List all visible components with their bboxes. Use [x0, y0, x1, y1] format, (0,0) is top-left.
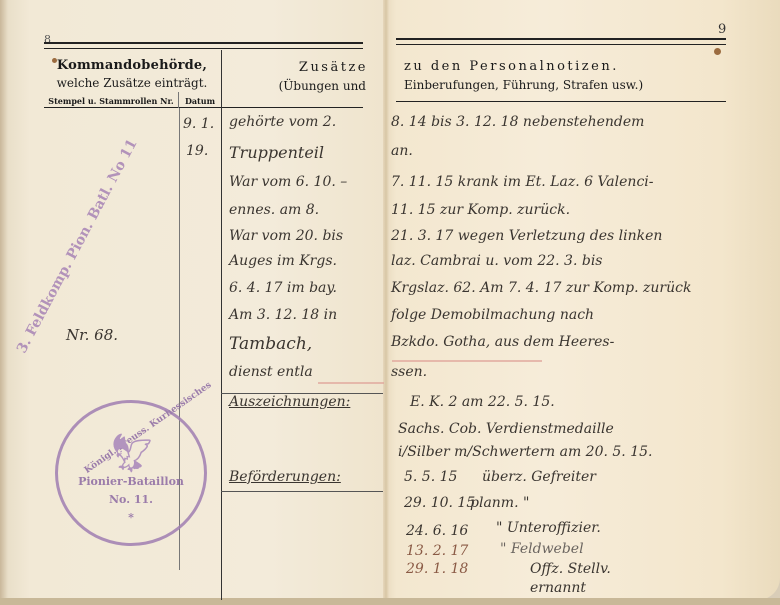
ink-stain	[714, 48, 721, 55]
stamp-battalion-name: Pionier-Bataillon	[58, 475, 204, 488]
entry-line-right: folge Demobilmachung nach	[391, 307, 594, 323]
header-einberufungen: Einberufungen, Führung, Strafen usw.)	[404, 78, 643, 92]
promotions-label: Beförderungen:	[229, 469, 341, 485]
entry-line-left: dienst entla	[229, 364, 313, 380]
entry-line-left: War vom 20. bis	[229, 228, 343, 244]
promotion-date: 5. 5. 15	[404, 469, 457, 485]
header-personalnotizen: zu den Personalnotizen.	[404, 59, 619, 74]
promotions-divider	[221, 491, 383, 492]
header-kommandobehoerde: Kommandobehörde,	[44, 58, 220, 73]
promotion-rank: Offz. Stellv.	[530, 561, 611, 577]
entry-line-left: Tambach,	[229, 334, 312, 354]
header-datum-label: Datum	[180, 96, 220, 106]
awards-label: Auszeichnungen:	[229, 394, 350, 410]
header-zusaetze: Zusätze	[296, 60, 368, 75]
promotion-rank: ernannt	[530, 580, 586, 596]
stamp-battalion-number: No. 11.	[58, 493, 204, 506]
entry-line-right: laz. Cambrai u. vom 22. 3. bis	[391, 253, 603, 269]
red-pencil-underline	[318, 382, 384, 384]
stammrolle-number: Nr. 68.	[66, 326, 118, 344]
promotion-rank: " Feldwebel	[500, 541, 584, 557]
header-left-subtitle: welche Zusätze einträgt.	[44, 76, 220, 90]
entry-line-right: Bzkdo. Gotha, aus dem Heeres-	[391, 334, 614, 350]
promotion-rank: planm. "	[470, 495, 529, 511]
header-bottom-rule-left	[44, 107, 363, 108]
entry-date-year: 19.	[186, 143, 208, 159]
entry-line-right: 8. 14 bis 3. 12. 18 nebenstehendem	[391, 114, 644, 130]
entry-line-right: 11. 15 zur Komp. zurück.	[391, 202, 570, 218]
entry-line-left: Truppenteil	[229, 143, 324, 162]
header-stempel-label: Stempel u. Stammrollen Nr.	[44, 96, 178, 106]
book-gutter	[383, 0, 389, 600]
column-divider-main	[221, 50, 222, 600]
prussian-eagle-icon: 🦅︎	[108, 431, 152, 475]
header-bottom-rule-right	[396, 101, 726, 102]
entry-line-left: 6. 4. 17 im bay.	[229, 280, 337, 296]
ink-stain	[52, 58, 57, 63]
promotion-date: 13. 2. 17	[406, 543, 468, 559]
entry-line-right: an.	[391, 143, 413, 159]
right-page-number: 9	[718, 22, 726, 37]
entry-line-right: 21. 3. 17 wegen Verletzung des linken	[391, 228, 662, 244]
header-uebungen: (Übungen und	[260, 79, 366, 93]
entry-line-right: Krgslaz. 62. Am 7. 4. 17 zur Komp. zurüc…	[391, 280, 691, 296]
header-datum-divider	[178, 92, 179, 108]
award-item: Sachs. Cob. Verdienstmedaille	[398, 421, 614, 437]
entry-line-right: 7. 11. 15 krank im Et. Laz. 6 Valenci-	[391, 174, 654, 190]
award-item: E. K. 2 am 22. 5. 15.	[410, 394, 555, 410]
stamp-star-icon: *	[58, 511, 204, 524]
entry-date-daymonth: 9. 1.	[183, 116, 214, 132]
entry-line-left: ennes. am 8.	[229, 202, 319, 218]
entry-line-left: Am 3. 12. 18 in	[229, 307, 337, 323]
header-top-rule-right	[396, 38, 726, 45]
red-pencil-underline	[392, 360, 542, 362]
promotion-rank: überz. Gefreiter	[482, 469, 596, 485]
promotion-date: 24. 6. 16	[406, 523, 468, 539]
entry-line-right: ssen.	[391, 364, 427, 380]
passbook-spread: 8 9 Kommandobehörde, welche Zusätze eint…	[0, 0, 780, 605]
header-top-rule-left	[44, 42, 363, 49]
promotion-date: 29. 10. 15	[404, 495, 475, 511]
entry-line-left: Auges im Krgs.	[229, 253, 337, 269]
promotion-rank: " Unteroffizier.	[496, 520, 601, 536]
battalion-round-stamp: Königl. Preuss. Kurhessisches 🦅︎ Pionier…	[55, 400, 207, 546]
entry-line-left: gehörte vom 2.	[229, 114, 336, 130]
page-bottom-edge	[0, 598, 780, 605]
promotion-date: 29. 1. 18	[406, 561, 468, 577]
entry-line-left: War vom 6. 10. –	[229, 174, 347, 190]
award-item: i/Silber m/Schwertern am 20. 5. 15.	[398, 444, 652, 460]
